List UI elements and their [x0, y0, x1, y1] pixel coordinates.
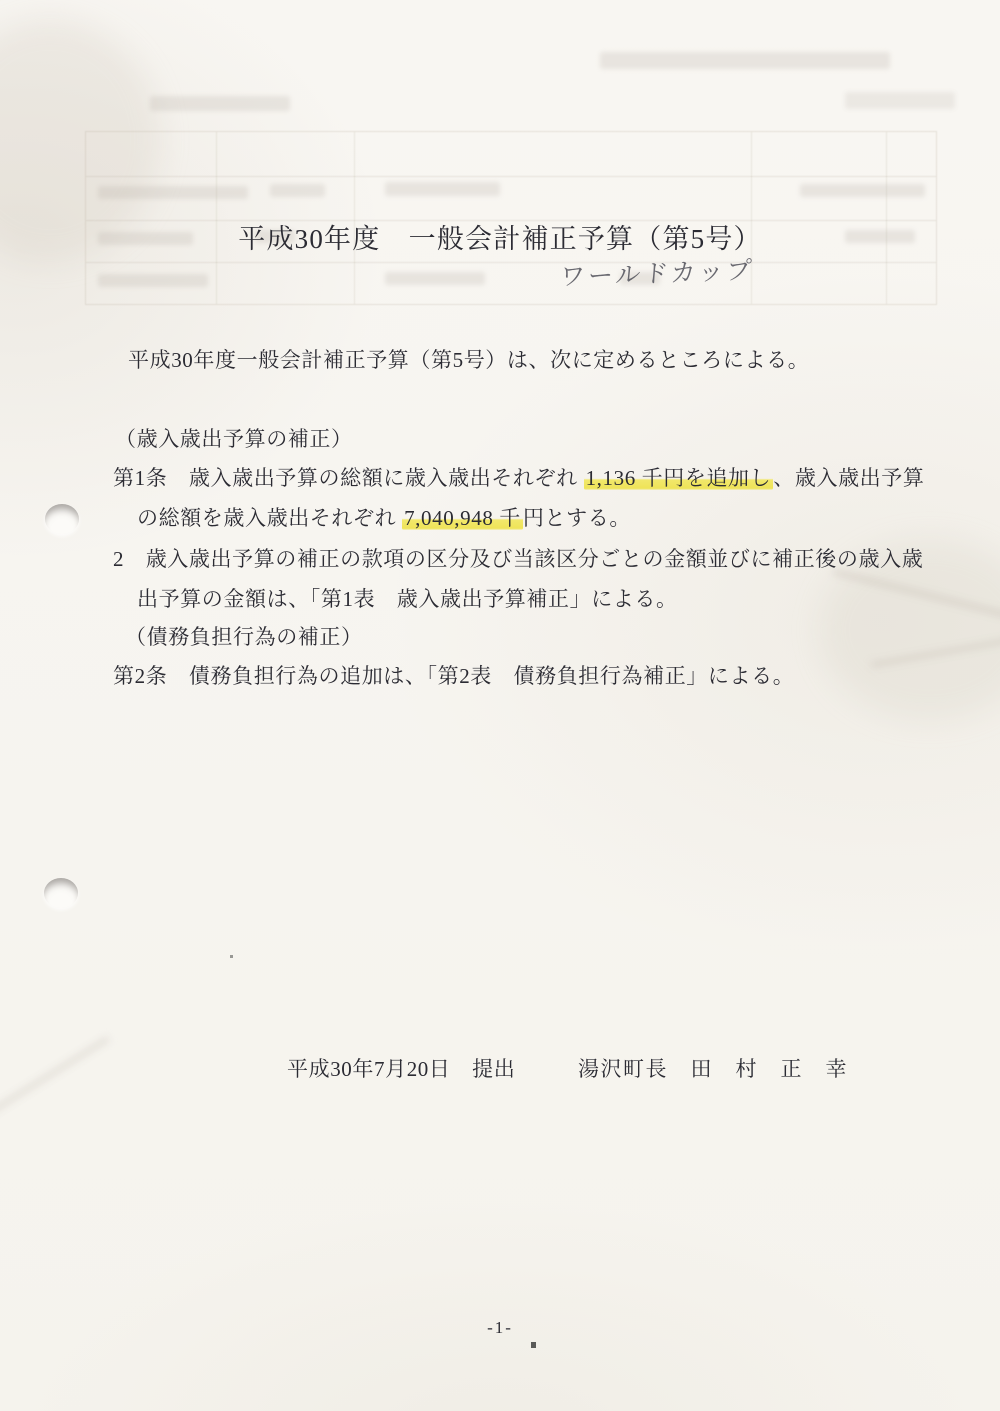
article-1-line-2-highlighted-amount: 7,040,948 千	[402, 506, 523, 530]
article-1-line-2-post: 円とする。	[523, 506, 631, 530]
paper-crease	[0, 1036, 110, 1121]
article-2-line: 第2条 債務負担行為の追加は、「第2表 債務負担行為補正」による。	[113, 660, 794, 690]
punch-hole-top	[45, 504, 79, 534]
bleed-through-text	[845, 92, 955, 109]
bleed-through-text	[270, 184, 325, 197]
bleed-through-text	[385, 182, 500, 196]
scan-speck	[230, 955, 233, 958]
submission-date: 平成30年7月20日 提出	[287, 1053, 515, 1083]
bleed-through-text	[385, 272, 485, 285]
article-1-line-2-pre: の総額を歳入歳出それぞれ	[137, 506, 402, 530]
scan-speck	[531, 1342, 536, 1348]
bleed-through-text	[98, 186, 248, 199]
intro-paragraph: 平成30年度一般会計補正予算（第5号）は、次に定めるところによる。	[128, 344, 809, 374]
section-revenue-heading: （歳入歳出予算の補正）	[115, 423, 353, 453]
punch-hole-bottom	[44, 878, 78, 908]
article-1-line-1-pre: 第1条 歳入歳出予算の総額に歳入歳出それぞれ	[113, 466, 584, 490]
article-1-line-2: の総額を歳入歳出それぞれ 7,040,948 千円とする。	[137, 502, 631, 532]
page-number: -1-	[0, 1318, 1000, 1338]
bleed-through-text	[98, 274, 208, 287]
submission-signer: 湯沢町長 田 村 正 幸	[578, 1053, 848, 1083]
clause-2-line-2: 出予算の金額は、「第1表 歳入歳出予算補正」による。	[137, 583, 678, 613]
bleed-through-text	[150, 96, 290, 111]
clause-2-line-1: 2 歳入歳出予算の補正の款項の区分及び当該区分ごとの金額並びに補正後の歳入歳	[113, 543, 923, 573]
article-1-line-1: 第1条 歳入歳出予算の総額に歳入歳出それぞれ 1,136 千円を追加し、歳入歳出…	[113, 462, 924, 492]
scanned-document-page: 平成30年度 一般会計補正予算（第5号） ワールドカップ 平成30年度一般会計補…	[0, 0, 1000, 1411]
article-1-line-1-post: 、歳入歳出予算	[773, 466, 924, 490]
document-title: 平成30年度 一般会計補正予算（第5号）	[0, 217, 1000, 256]
bleed-through-text	[800, 184, 925, 197]
handwritten-annotation: ワールドカップ	[559, 251, 756, 294]
bleed-through-text	[600, 52, 890, 69]
article-1-line-1-highlighted-amount: 1,136 千円を追加し	[584, 466, 774, 490]
section-debt-heading: （債務負担行為の補正）	[125, 621, 363, 651]
